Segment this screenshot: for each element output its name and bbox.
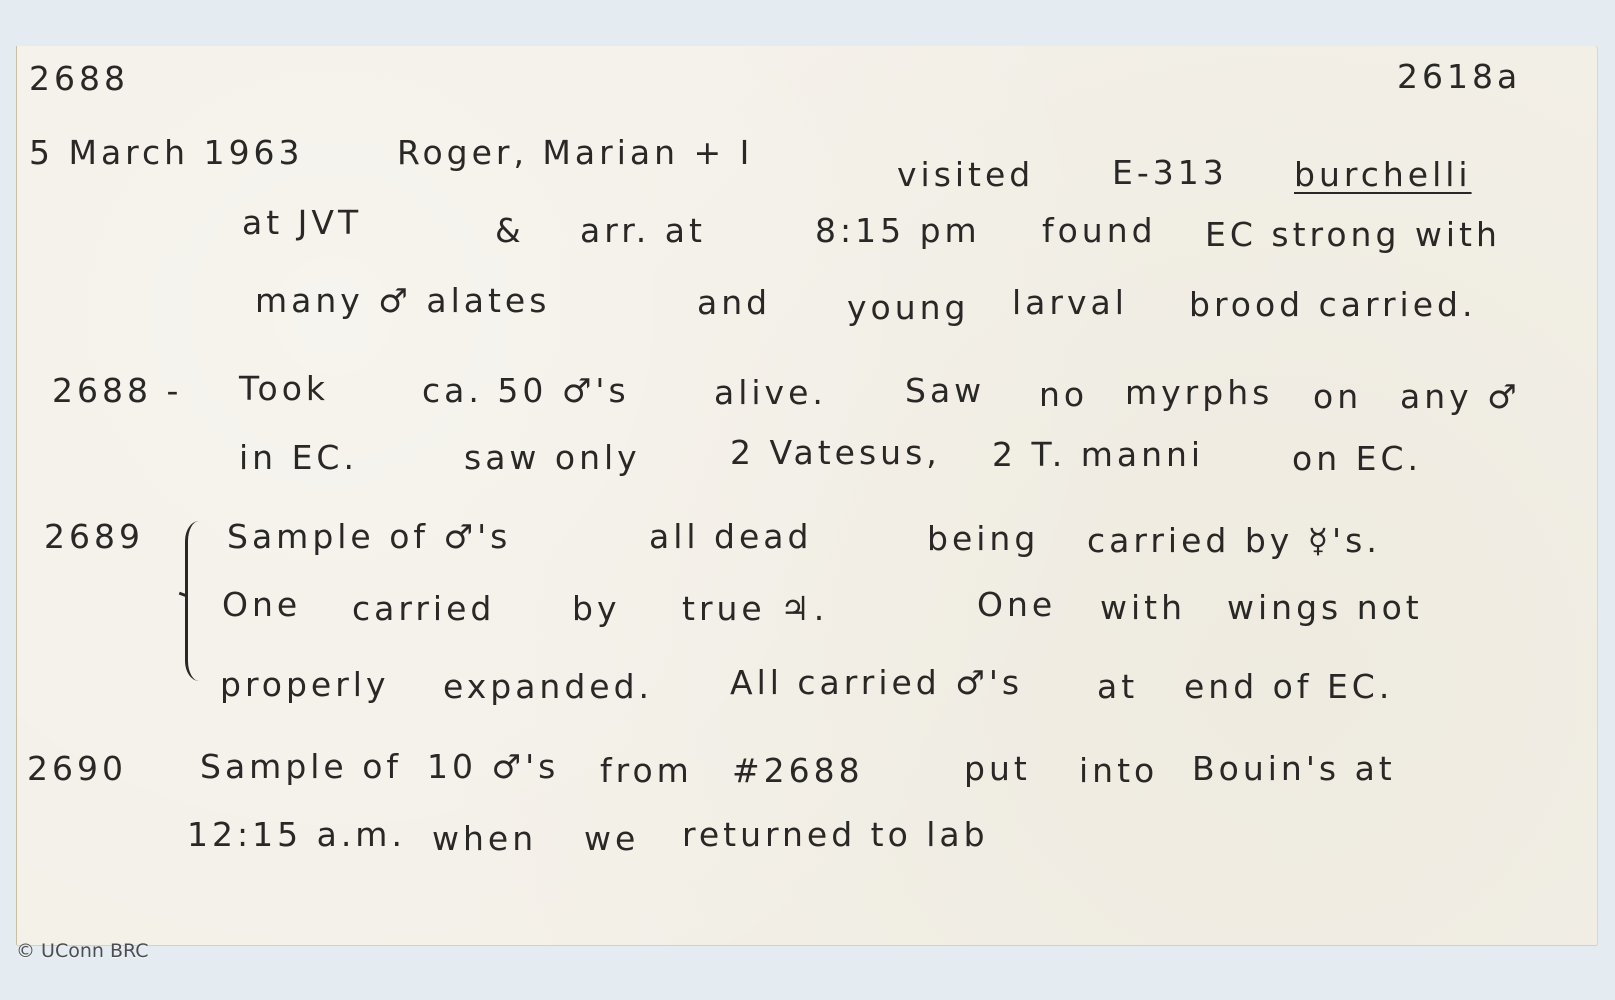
bracket-brace	[185, 521, 204, 681]
note-word: with	[1100, 591, 1186, 624]
colony-id: E-313	[1112, 156, 1228, 189]
note-word: true ♃.	[682, 592, 828, 625]
arrival-time: 8:15 pm	[815, 214, 981, 247]
note-word: young	[847, 291, 970, 324]
note-word: Sample of	[200, 750, 402, 783]
note-word: Sample of ♂'s	[227, 520, 511, 553]
note-word: no	[1039, 378, 1088, 411]
note-word: ca. 50 ♂'s	[422, 374, 630, 407]
note-word: end of EC.	[1184, 670, 1393, 703]
note-word: 10 ♂'s	[427, 750, 559, 783]
specimen-number: 2690	[27, 752, 127, 785]
note-word: all dead	[649, 520, 812, 553]
note-word: found	[1042, 214, 1157, 247]
note-word: when	[432, 822, 537, 855]
specimen-number: 2688 -	[52, 374, 182, 407]
specimen-reference: #2688	[732, 754, 864, 787]
note-word: put	[964, 752, 1031, 785]
note-word: One	[222, 588, 301, 621]
card-number-top-right: 2618a	[1397, 60, 1521, 93]
note-word: in EC.	[239, 441, 358, 474]
note-word: expanded.	[443, 670, 653, 703]
note-word: returned to lab	[682, 818, 989, 851]
species-name: burchelli	[1294, 158, 1472, 191]
note-word: being	[927, 522, 1039, 555]
note-word: alive.	[714, 376, 827, 409]
note-word: myrphs	[1125, 376, 1273, 409]
note-word: arr. at	[580, 214, 706, 247]
note-word: into	[1079, 754, 1158, 787]
note-word: from	[600, 754, 693, 787]
index-card: 2688 2618a 5 March 1963 Roger, Marian + …	[17, 46, 1597, 945]
note-word: carried	[352, 592, 495, 625]
note-word: visited	[897, 158, 1034, 191]
note-word: Took	[239, 372, 329, 405]
note-word: by	[572, 592, 620, 625]
participants: Roger, Marian + I	[397, 136, 753, 169]
note-word: EC strong with	[1205, 218, 1501, 251]
note-word: All carried ♂'s	[730, 666, 1023, 699]
note-word: Saw	[905, 374, 985, 407]
note-word: on	[1313, 380, 1362, 413]
note-word: at JVT	[242, 206, 362, 239]
note-word: on EC.	[1292, 442, 1422, 475]
note-word: we	[584, 822, 639, 855]
note-word: many ♂ alates	[255, 284, 550, 317]
return-time: 12:15 a.m.	[187, 818, 406, 851]
card-number-top-left: 2688	[29, 62, 129, 95]
note-word: wings not	[1227, 591, 1423, 624]
note-word: &	[495, 214, 525, 247]
note-word: larval	[1012, 286, 1128, 319]
species-count: 2 T. manni	[992, 438, 1204, 471]
note-word: saw only	[464, 441, 641, 474]
species-count: 2 Vatesus,	[730, 436, 941, 469]
specimen-number: 2689	[44, 520, 144, 553]
entry-date: 5 March 1963	[29, 136, 304, 169]
note-word: Bouin's at	[1192, 752, 1396, 785]
note-word: One	[977, 588, 1056, 621]
copyright-notice: © UConn BRC	[16, 940, 149, 962]
note-word: properly	[220, 668, 390, 701]
note-word: and	[697, 286, 771, 319]
note-word: any ♂	[1400, 380, 1521, 413]
note-word: brood carried.	[1189, 288, 1476, 321]
note-word: at	[1097, 670, 1138, 703]
note-word: carried by ☿'s.	[1087, 524, 1381, 557]
